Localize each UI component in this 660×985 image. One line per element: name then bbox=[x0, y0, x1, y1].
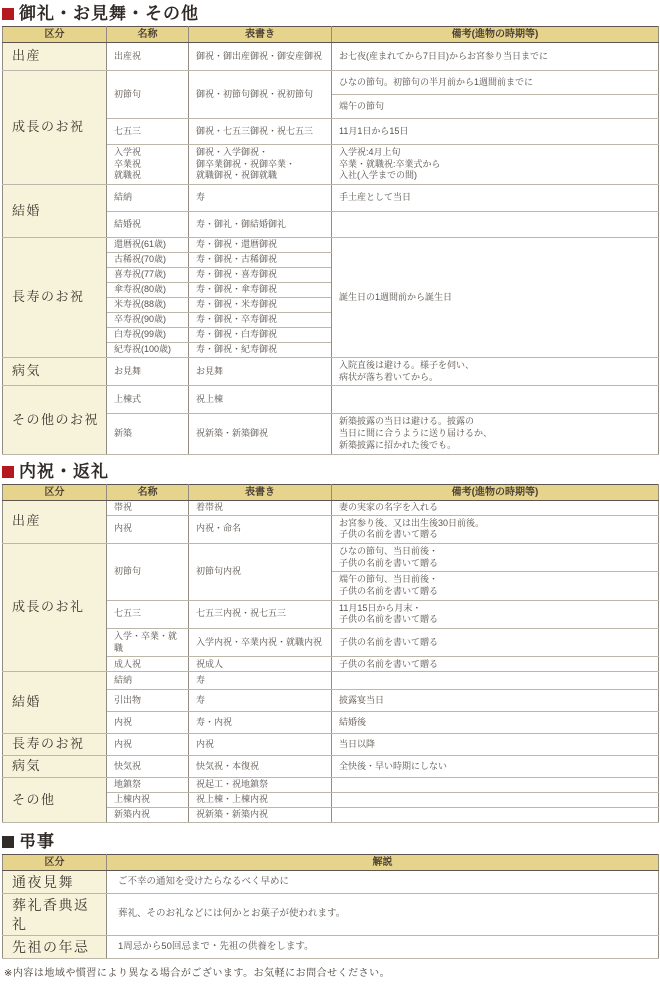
column-header-remark: 備考(進物の時期等) bbox=[332, 484, 659, 500]
remark-cell: 全快後・早い時期にしない bbox=[332, 756, 659, 778]
red-square-icon bbox=[2, 466, 14, 478]
name-cell: 紀寿祝(100歳) bbox=[107, 343, 189, 358]
column-header-omotegaki: 表書き bbox=[189, 484, 332, 500]
omotegaki-cell: 寿・御祝・傘寿御祝 bbox=[189, 283, 332, 298]
remark-cell bbox=[332, 778, 659, 793]
remark-cell bbox=[332, 672, 659, 690]
remark-cell: 誕生日の1週間前から誕生日 bbox=[332, 238, 659, 358]
name-cell: 還暦祝(61歳) bbox=[107, 238, 189, 253]
remark-cell: お宮参り後、又は出生後30日前後。 子供の名前を書いて贈る bbox=[332, 515, 659, 543]
table-row: 病気 お見舞 お見舞 入院直後は避ける。様子を伺い、 病状が落ち着いてから。 bbox=[3, 358, 659, 386]
name-cell: 内祝 bbox=[107, 712, 189, 734]
category-cell: 成長のお礼 bbox=[3, 543, 107, 672]
omotegaki-cell: 祝上棟 bbox=[189, 386, 332, 414]
name-cell: 地鎮祭 bbox=[107, 778, 189, 793]
omotegaki-cell: 祝新築・新築内祝 bbox=[189, 808, 332, 823]
dark-square-icon bbox=[2, 836, 14, 848]
name-cell: 上棟式 bbox=[107, 386, 189, 414]
category-cell: その他 bbox=[3, 778, 107, 823]
table-row: 通夜見舞 ご不幸の通知を受けたらなるべく早めに bbox=[3, 871, 659, 894]
section-title-text: 御礼・お見舞・その他 bbox=[19, 4, 199, 24]
remark-cell bbox=[332, 386, 659, 414]
remark-cell bbox=[332, 793, 659, 808]
omotegaki-cell: お見舞 bbox=[189, 358, 332, 386]
remark-cell bbox=[332, 212, 659, 238]
category-cell: 通夜見舞 bbox=[3, 871, 107, 894]
category-cell: 出産 bbox=[3, 500, 107, 543]
omotegaki-cell: 入学内祝・卒業内祝・就職内祝 bbox=[189, 629, 332, 657]
category-cell: 葬礼香典返礼 bbox=[3, 894, 107, 935]
omotegaki-cell: 御祝・入学御祝・ 御卒業御祝・祝御卒業・ 就職御祝・祝御就職 bbox=[189, 145, 332, 185]
table-row: 病気 快気祝 快気祝・本復祝 全快後・早い時期にしない bbox=[3, 756, 659, 778]
category-cell: 成長のお祝 bbox=[3, 71, 107, 185]
name-cell: 白寿祝(99歳) bbox=[107, 328, 189, 343]
table-row: 出産 出産祝 御祝・御出産御祝・御安産御祝 お七夜(産まれてから7日目)からお宮… bbox=[3, 43, 659, 71]
name-cell: 結婚祝 bbox=[107, 212, 189, 238]
section-title-condolences: 弔事 bbox=[2, 832, 658, 852]
name-cell: 新築内祝 bbox=[107, 808, 189, 823]
name-cell: 内祝 bbox=[107, 515, 189, 543]
omotegaki-cell: 祝新築・新築御祝 bbox=[189, 414, 332, 454]
category-cell: 出産 bbox=[3, 43, 107, 71]
header-row: 区分 解説 bbox=[3, 855, 659, 871]
omotegaki-cell: 寿・御祝・紀寿御祝 bbox=[189, 343, 332, 358]
omotegaki-cell: 内祝・命名 bbox=[189, 515, 332, 543]
remark-cell: 披露宴当日 bbox=[332, 690, 659, 712]
remark-cell: ひなの節句、当日前後・ 子供の名前を書いて贈る bbox=[332, 543, 659, 571]
table-row: その他 地鎮祭 祝起工・祝地鎮祭 bbox=[3, 778, 659, 793]
omotegaki-cell: 寿・御祝・白寿御祝 bbox=[189, 328, 332, 343]
name-cell: 内祝 bbox=[107, 734, 189, 756]
table-row: 成長のお祝 初節句 御祝・初節句御祝・祝初節句 ひなの節句。初節句の半月前から1… bbox=[3, 71, 659, 95]
category-cell: 病気 bbox=[3, 756, 107, 778]
remark-cell: 端午の節句 bbox=[332, 95, 659, 119]
red-square-icon bbox=[2, 8, 14, 20]
description-cell: ご不幸の通知を受けたらなるべく早めに bbox=[107, 871, 659, 894]
table-row: 葬礼香典返礼 葬礼、そのお礼などには何かとお菓子が使われます。 bbox=[3, 894, 659, 935]
omotegaki-cell: 寿・御祝・喜寿御祝 bbox=[189, 268, 332, 283]
column-header-omotegaki: 表書き bbox=[189, 27, 332, 43]
name-cell: 新築 bbox=[107, 414, 189, 454]
omotegaki-cell: 祝起工・祝地鎮祭 bbox=[189, 778, 332, 793]
omotegaki-cell: 寿・御祝・卒寿御祝 bbox=[189, 313, 332, 328]
column-header-name: 名称 bbox=[107, 484, 189, 500]
category-cell: 先祖の年忌 bbox=[3, 935, 107, 958]
name-cell: 成人祝 bbox=[107, 657, 189, 672]
name-cell: 初節句 bbox=[107, 543, 189, 600]
name-cell: 米寿祝(88歳) bbox=[107, 298, 189, 313]
table-row: その他のお祝 上棟式 祝上棟 bbox=[3, 386, 659, 414]
category-cell: 病気 bbox=[3, 358, 107, 386]
section-title-text: 弔事 bbox=[19, 832, 55, 852]
name-cell: 結納 bbox=[107, 185, 189, 212]
omotegaki-cell: 寿・御祝・米寿御祝 bbox=[189, 298, 332, 313]
remark-cell: 11月15日から月末・ 子供の名前を書いて贈る bbox=[332, 600, 659, 628]
gift-etiquette-page: 御礼・お見舞・その他 区分 名称 表書き 備考(進物の時期等) 出産 出産祝 御… bbox=[0, 0, 660, 985]
name-cell: 上棟内祝 bbox=[107, 793, 189, 808]
remark-cell: 入学祝:4月上旬 卒業・就職祝:卒業式から 入社(入学までの間) bbox=[332, 145, 659, 185]
name-cell: 初節句 bbox=[107, 71, 189, 119]
omotegaki-cell: 寿・御祝・古稀御祝 bbox=[189, 253, 332, 268]
omotegaki-cell: 着帯祝 bbox=[189, 500, 332, 515]
column-header-category: 区分 bbox=[3, 484, 107, 500]
name-cell: 傘寿祝(80歳) bbox=[107, 283, 189, 298]
name-cell: 卒寿祝(90歳) bbox=[107, 313, 189, 328]
table-row: 先祖の年忌 1周忌から50回忌まで・先祖の供養をします。 bbox=[3, 935, 659, 958]
name-cell: 古稀祝(70歳) bbox=[107, 253, 189, 268]
remark-cell: 当日以降 bbox=[332, 734, 659, 756]
omotegaki-cell: 祝成人 bbox=[189, 657, 332, 672]
omotegaki-cell: 寿 bbox=[189, 185, 332, 212]
omotegaki-cell: 寿 bbox=[189, 690, 332, 712]
condolence-table: 区分 解説 通夜見舞 ご不幸の通知を受けたらなるべく早めに 葬礼香典返礼 葬礼、… bbox=[2, 854, 659, 959]
category-cell: 長寿のお祝 bbox=[3, 734, 107, 756]
omotegaki-cell: 御祝・初節句御祝・祝初節句 bbox=[189, 71, 332, 119]
category-cell: その他のお祝 bbox=[3, 386, 107, 454]
name-cell: 七五三 bbox=[107, 600, 189, 628]
name-cell: 入学・卒業・就職 bbox=[107, 629, 189, 657]
remark-cell: 子供の名前を書いて贈る bbox=[332, 657, 659, 672]
table-row: 出産 帯祝 着帯祝 妻の実家の名字を入れる bbox=[3, 500, 659, 515]
celebrations-table: 区分 名称 表書き 備考(進物の時期等) 出産 出産祝 御祝・御出産御祝・御安産… bbox=[2, 26, 659, 455]
column-header-name: 名称 bbox=[107, 27, 189, 43]
return-gifts-table: 区分 名称 表書き 備考(進物の時期等) 出産 帯祝 着帯祝 妻の実家の名字を入… bbox=[2, 484, 659, 824]
header-row: 区分 名称 表書き 備考(進物の時期等) bbox=[3, 27, 659, 43]
remark-cell: 端午の節句、当日前後・ 子供の名前を書いて贈る bbox=[332, 572, 659, 600]
remark-cell: 妻の実家の名字を入れる bbox=[332, 500, 659, 515]
name-cell: 七五三 bbox=[107, 119, 189, 145]
description-cell: 1周忌から50回忌まで・先祖の供養をします。 bbox=[107, 935, 659, 958]
omotegaki-cell: 祝上棟・上棟内祝 bbox=[189, 793, 332, 808]
footnote: ※内容は地域や慣習により異なる場合がございます。お気軽にお問合せください。 bbox=[4, 964, 658, 979]
category-cell: 結婚 bbox=[3, 672, 107, 734]
section-title-celebrations: 御礼・お見舞・その他 bbox=[2, 4, 658, 24]
column-header-category: 区分 bbox=[3, 27, 107, 43]
name-cell: 喜寿祝(77歳) bbox=[107, 268, 189, 283]
table-row: 結婚 結納 寿 bbox=[3, 672, 659, 690]
column-header-description: 解説 bbox=[107, 855, 659, 871]
table-row: 結婚 結納 寿 手土産として当日 bbox=[3, 185, 659, 212]
remark-cell: ひなの節句。初節句の半月前から1週間前までに bbox=[332, 71, 659, 95]
name-cell: お見舞 bbox=[107, 358, 189, 386]
omotegaki-cell: 初節句内祝 bbox=[189, 543, 332, 600]
omotegaki-cell: 寿 bbox=[189, 672, 332, 690]
omotegaki-cell: 快気祝・本復祝 bbox=[189, 756, 332, 778]
table-row: 成長のお礼 初節句 初節句内祝 ひなの節句、当日前後・ 子供の名前を書いて贈る bbox=[3, 543, 659, 571]
omotegaki-cell: 御祝・七五三御祝・祝七五三 bbox=[189, 119, 332, 145]
omotegaki-cell: 寿・御礼・御結婚御礼 bbox=[189, 212, 332, 238]
table-row: 長寿のお祝 内祝 内祝 当日以降 bbox=[3, 734, 659, 756]
omotegaki-cell: 御祝・御出産御祝・御安産御祝 bbox=[189, 43, 332, 71]
name-cell: 入学祝 卒業祝 就職祝 bbox=[107, 145, 189, 185]
remark-cell: 手土産として当日 bbox=[332, 185, 659, 212]
omotegaki-cell: 七五三内祝・祝七五三 bbox=[189, 600, 332, 628]
name-cell: 出産祝 bbox=[107, 43, 189, 71]
remark-cell: 入院直後は避ける。様子を伺い、 病状が落ち着いてから。 bbox=[332, 358, 659, 386]
name-cell: 快気祝 bbox=[107, 756, 189, 778]
remark-cell bbox=[332, 808, 659, 823]
table-row: 長寿のお祝 還暦祝(61歳) 寿・御祝・還暦御祝 誕生日の1週間前から誕生日 bbox=[3, 238, 659, 253]
remark-cell: 結婚後 bbox=[332, 712, 659, 734]
omotegaki-cell: 寿・内祝 bbox=[189, 712, 332, 734]
remark-cell: 新築披露の当日は避ける。披露の 当日に間に合うように送り届けるか、 新築披露に招… bbox=[332, 414, 659, 454]
remark-cell: 子供の名前を書いて贈る bbox=[332, 629, 659, 657]
name-cell: 結納 bbox=[107, 672, 189, 690]
section-title-text: 内祝・返礼 bbox=[19, 462, 109, 482]
column-header-remark: 備考(進物の時期等) bbox=[332, 27, 659, 43]
omotegaki-cell: 寿・御祝・還暦御祝 bbox=[189, 238, 332, 253]
column-header-category: 区分 bbox=[3, 855, 107, 871]
omotegaki-cell: 内祝 bbox=[189, 734, 332, 756]
section-title-return-gifts: 内祝・返礼 bbox=[2, 462, 658, 482]
remark-cell: 11月1日から15日 bbox=[332, 119, 659, 145]
name-cell: 引出物 bbox=[107, 690, 189, 712]
category-cell: 長寿のお祝 bbox=[3, 238, 107, 358]
category-cell: 結婚 bbox=[3, 185, 107, 238]
description-cell: 葬礼、そのお礼などには何かとお菓子が使われます。 bbox=[107, 894, 659, 935]
header-row: 区分 名称 表書き 備考(進物の時期等) bbox=[3, 484, 659, 500]
name-cell: 帯祝 bbox=[107, 500, 189, 515]
remark-cell: お七夜(産まれてから7日目)からお宮参り当日までに bbox=[332, 43, 659, 71]
